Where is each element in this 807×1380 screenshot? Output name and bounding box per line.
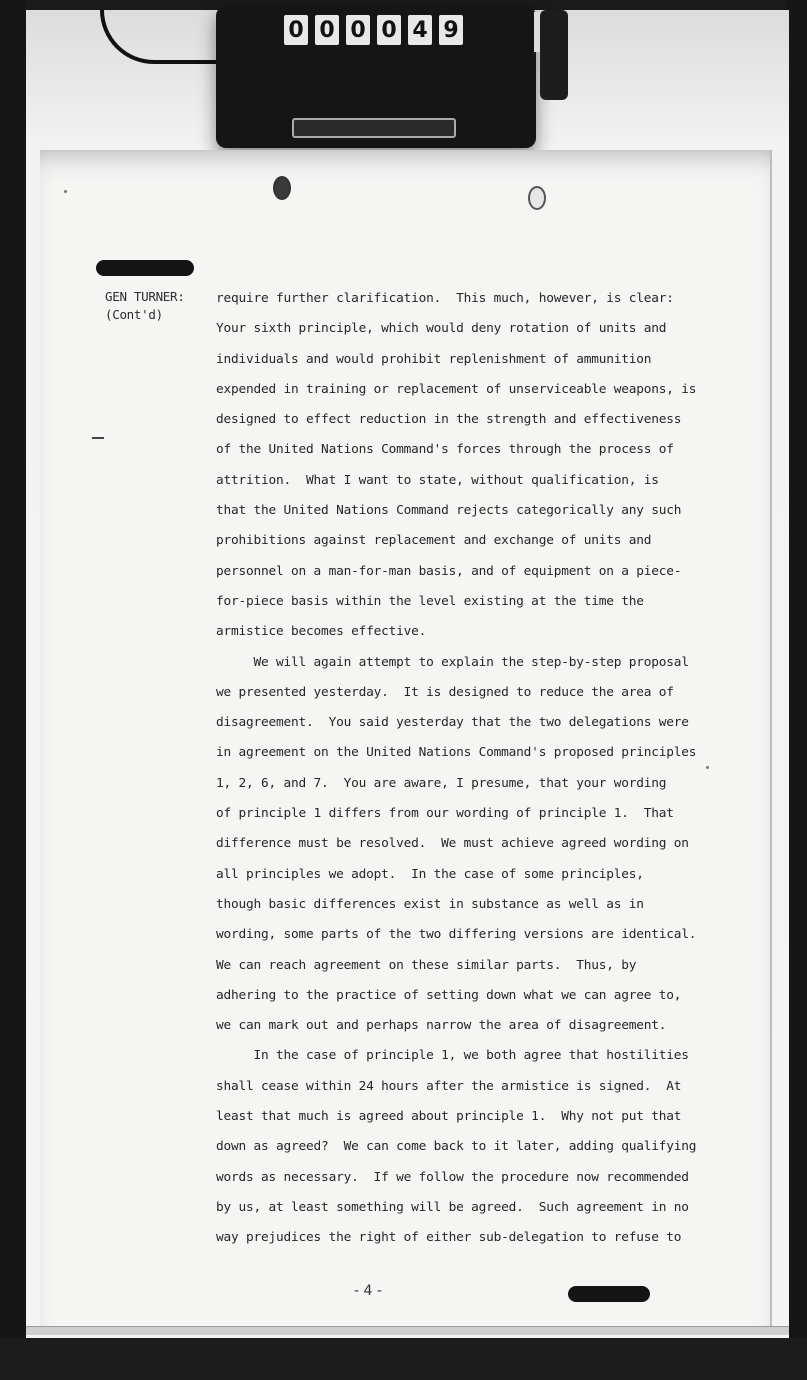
text-line: by us, at least something will be agreed…	[216, 1197, 716, 1227]
counter-digit: 0	[346, 15, 370, 45]
text-line: individuals and would prohibit replenish…	[216, 349, 716, 379]
text-line: all principles we adopt. In the case of …	[216, 864, 716, 894]
text-line: down as agreed? We can come back to it l…	[216, 1136, 716, 1166]
text-line: 1, 2, 6, and 7. You are aware, I presume…	[216, 773, 716, 803]
counter-digit: 0	[284, 15, 308, 45]
counter-digit: 4	[408, 15, 432, 45]
text-line: way prejudices the right of either sub-d…	[216, 1227, 716, 1257]
text-line: of the United Nations Command's forces t…	[216, 439, 716, 469]
punch-hole-left	[273, 176, 291, 200]
text-line: of principle 1 differs from our wording …	[216, 803, 716, 833]
text-line: though basic differences exist in substa…	[216, 894, 716, 924]
redaction-mark-bottom	[568, 1286, 650, 1302]
speaker-name: GEN TURNER:	[105, 288, 184, 306]
counter-digit: 9	[439, 15, 463, 45]
text-line: we can mark out and perhaps narrow the a…	[216, 1015, 716, 1045]
text-line: designed to effect reduction in the stre…	[216, 409, 716, 439]
frame-counter-device: 0 0 0 0 4 9	[216, 6, 536, 148]
text-line: prohibitions against replacement and exc…	[216, 530, 716, 560]
counter-digit: 0	[377, 15, 401, 45]
text-line: adhering to the practice of setting down…	[216, 985, 716, 1015]
text-line: least that much is agreed about principl…	[216, 1106, 716, 1136]
film-border-left	[0, 0, 26, 1380]
page-bottom-edge	[26, 1326, 789, 1335]
text-line: disagreement. You said yesterday that th…	[216, 712, 716, 742]
punch-hole-right	[528, 186, 546, 210]
speaker-label: GEN TURNER: (Cont'd)	[105, 288, 184, 324]
text-line: We will again attempt to explain the ste…	[216, 652, 716, 682]
text-line: difference must be resolved. We must ach…	[216, 833, 716, 863]
text-line: We can reach agreement on these similar …	[216, 955, 716, 985]
text-line: armistice becomes effective.	[216, 621, 716, 651]
text-line: shall cease within 24 hours after the ar…	[216, 1076, 716, 1106]
frame-counter-digits: 0 0 0 0 4 9	[284, 15, 463, 45]
text-line: In the case of principle 1, we both agre…	[216, 1045, 716, 1075]
text-line: words as necessary. If we follow the pro…	[216, 1167, 716, 1197]
text-line: in agreement on the United Nations Comma…	[216, 742, 716, 772]
counter-knob	[540, 10, 568, 100]
dust-speck	[64, 190, 67, 193]
transcript-body: require further clarification. This much…	[216, 288, 716, 1258]
text-line: we presented yesterday. It is designed t…	[216, 682, 716, 712]
counter-slot	[292, 118, 456, 138]
redaction-mark-top	[96, 260, 194, 276]
margin-tick-mark	[92, 437, 104, 439]
film-border-right	[787, 0, 807, 1380]
text-line: personnel on a man-for-man basis, and of…	[216, 561, 716, 591]
text-line: that the United Nations Command rejects …	[216, 500, 716, 530]
text-line: expended in training or replacement of u…	[216, 379, 716, 409]
text-line: Your sixth principle, which would deny r…	[216, 318, 716, 348]
counter-digit: 0	[315, 15, 339, 45]
text-line: require further clarification. This much…	[216, 288, 716, 318]
page-number: - 4 -	[354, 1283, 382, 1299]
speaker-continued: (Cont'd)	[105, 306, 184, 324]
text-line: wording, some parts of the two differing…	[216, 924, 716, 954]
text-line: for-piece basis within the level existin…	[216, 591, 716, 621]
text-line: attrition. What I want to state, without…	[216, 470, 716, 500]
film-border-bottom	[0, 1338, 807, 1380]
